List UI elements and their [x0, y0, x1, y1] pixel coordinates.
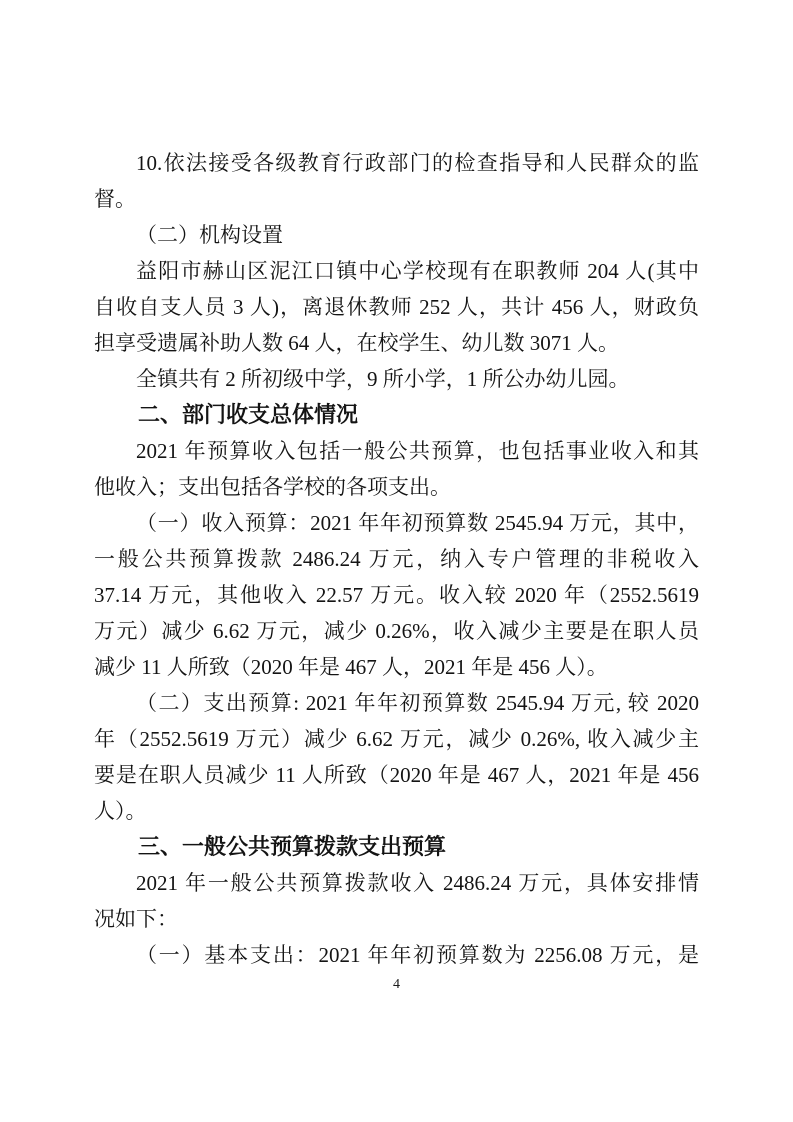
- section-heading-2: 二、部门收支总体情况: [94, 397, 699, 433]
- text-line: 万元）减少 6.62 万元，减少 0.26%，收入减少主要是在职人员: [94, 613, 699, 649]
- text-line: 37.14 万元，其他收入 22.57 万元。收入较 2020 年（2552.5…: [94, 577, 699, 613]
- text-line: 自收自支人员 3 人)，离退休教师 252 人，共计 456 人，财政负: [94, 289, 699, 325]
- text-line: 减少 11 人所致（2020 年是 467 人，2021 年是 456 人）。: [94, 649, 699, 685]
- text-line: （一）基本支出：2021 年年初预算数为 2256.08 万元，是: [94, 937, 699, 973]
- text-line: （二）机构设置: [94, 217, 699, 253]
- text-line: （一）收入预算：2021 年年初预算数 2545.94 万元，其中，: [94, 505, 699, 541]
- text-line: 2021 年一般公共预算拨款收入 2486.24 万元，具体安排情: [94, 865, 699, 901]
- paragraph: （一）收入预算：2021 年年初预算数 2545.94 万元，其中， 一般公共预…: [94, 505, 699, 685]
- text-line: 一般公共预算拨款 2486.24 万元，纳入专户管理的非税收入: [94, 541, 699, 577]
- document-page: 10.依法接受各级教育行政部门的检查指导和人民群众的监 督。 （二）机构设置 益…: [0, 0, 793, 1122]
- paragraph: 益阳市赫山区泥江口镇中心学校现有在职教师 204 人(其中 自收自支人员 3 人…: [94, 253, 699, 361]
- text-line: 益阳市赫山区泥江口镇中心学校现有在职教师 204 人(其中: [94, 253, 699, 289]
- paragraph: （一）基本支出：2021 年年初预算数为 2256.08 万元，是: [94, 937, 699, 973]
- text-line: 他收入；支出包括各学校的各项支出。: [94, 469, 699, 505]
- text-line: 10.依法接受各级教育行政部门的检查指导和人民群众的监: [94, 145, 699, 181]
- text-line: 2021 年预算收入包括一般公共预算，也包括事业收入和其: [94, 433, 699, 469]
- paragraph: 2021 年预算收入包括一般公共预算，也包括事业收入和其 他收入；支出包括各学校…: [94, 433, 699, 505]
- text-line: 全镇共有 2 所初级中学，9 所小学，1 所公办幼儿园。: [94, 361, 699, 397]
- text-line: 人）。: [94, 793, 699, 829]
- text-line: 担享受遗属补助人数 64 人，在校学生、幼儿数 3071 人。: [94, 325, 699, 361]
- text-line: 督。: [94, 181, 699, 217]
- paragraph: 2021 年一般公共预算拨款收入 2486.24 万元，具体安排情 况如下：: [94, 865, 699, 937]
- section-heading-3: 三、一般公共预算拨款支出预算: [94, 829, 699, 865]
- heading-line: 二、部门收支总体情况: [94, 397, 699, 433]
- heading-line: 三、一般公共预算拨款支出预算: [94, 829, 699, 865]
- text-line: 况如下：: [94, 901, 699, 937]
- page-number: 4: [94, 975, 699, 995]
- paragraph: （二）机构设置: [94, 217, 699, 253]
- text-line: 要是在职人员减少 11 人所致（2020 年是 467 人，2021 年是 45…: [94, 757, 699, 793]
- text-line: （二）支出预算: 2021 年年初预算数 2545.94 万元, 较 2020: [94, 685, 699, 721]
- paragraph: 10.依法接受各级教育行政部门的检查指导和人民群众的监 督。: [94, 145, 699, 217]
- text-line: 年（2552.5619 万元）减少 6.62 万元，减少 0.26%, 收入减少…: [94, 721, 699, 757]
- paragraph: 全镇共有 2 所初级中学，9 所小学，1 所公办幼儿园。: [94, 361, 699, 397]
- paragraph: （二）支出预算: 2021 年年初预算数 2545.94 万元, 较 2020 …: [94, 685, 699, 829]
